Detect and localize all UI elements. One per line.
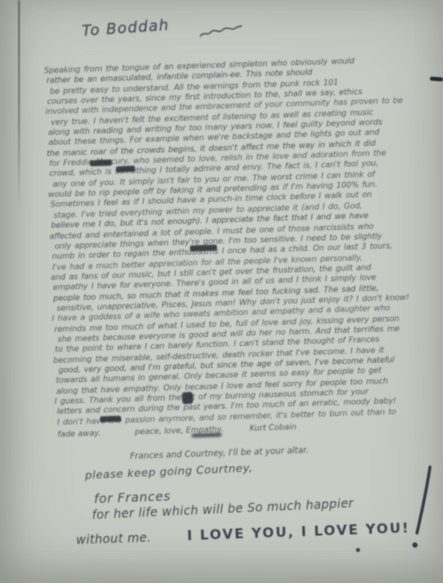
signoff-fade-away: fade away. — [57, 428, 101, 438]
note-heading: To Boddah — [81, 16, 170, 40]
stray-ink-dot — [356, 548, 360, 552]
ink-scribble — [90, 160, 112, 167]
ink-scribble — [100, 416, 121, 423]
i-love-you-text: I LOVE YOU, I LOVE YOU! — [187, 520, 410, 544]
for-frances-line: for Frances — [94, 488, 171, 506]
signature: Kurt Cobain — [249, 422, 296, 432]
ink-scribble — [116, 166, 135, 173]
flourish-scribble — [197, 24, 244, 41]
paper-crease — [18, 0, 20, 210]
without-me-text: without me. — [76, 530, 152, 547]
note-body: Speaking from the tongue of an experienc… — [46, 54, 438, 442]
altar-line: Frances and Courtney, I'll be at your al… — [130, 446, 309, 462]
note-photo: To Boddah Speaking from the tongue of an… — [0, 0, 443, 583]
exclamation-stroke — [406, 463, 438, 555]
edge-ink-mark — [430, 77, 443, 82]
ink-scribble — [190, 245, 217, 252]
keep-going-line: please keep going Courtney, — [85, 461, 253, 482]
peace-love-empathy: peace, love, Empathy. — [135, 425, 224, 437]
ink-underline — [192, 433, 222, 438]
ink-scribble — [182, 392, 194, 405]
love-you-line: without me.I LOVE YOU, I LOVE YOU! — [76, 517, 410, 548]
